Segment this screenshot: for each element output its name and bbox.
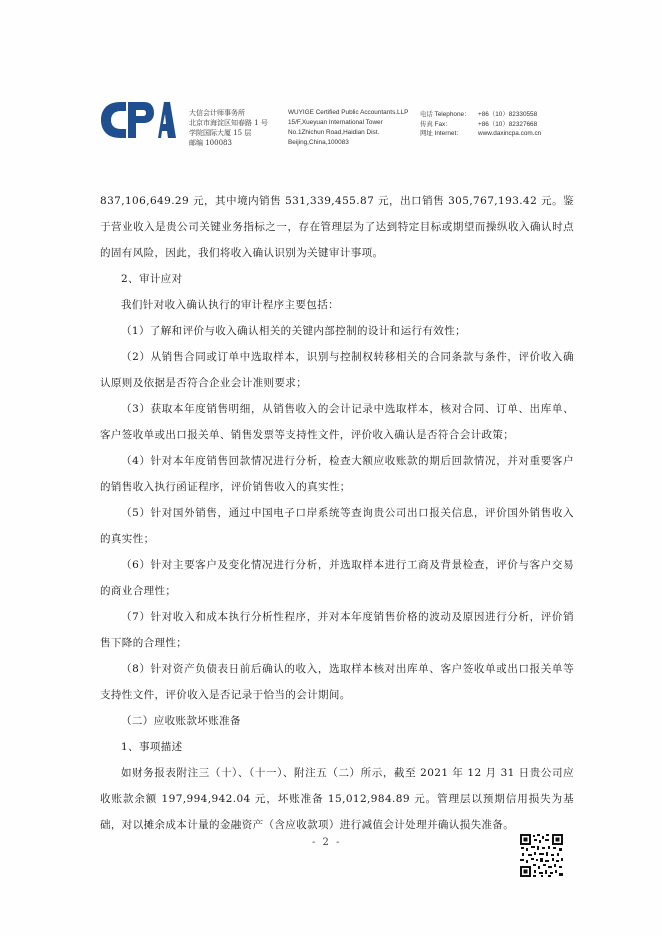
heading-matter-description: 1、事项描述 bbox=[100, 734, 574, 760]
procedure-item: （2）从销售合同或订单中选取样本，识别与控制权转移相关的合同条款与条件，评价收入… bbox=[100, 344, 574, 396]
internet-value[interactable]: www.daxincpa.com.cn bbox=[478, 129, 541, 139]
procedure-item: （7）针对收入和成本执行分析性程序，并对本年度销售价格的波动及原因进行分析，评价… bbox=[100, 604, 574, 656]
heading-audit-response: 2、审计应对 bbox=[100, 266, 574, 292]
address-cn-line1: 北京市海淀区知春路 1 号 bbox=[189, 118, 268, 128]
page-number: - 2 - bbox=[312, 837, 341, 848]
telephone-value: +86（10）82330558 bbox=[478, 110, 537, 120]
address-en-line2: No.1Zhichun Road,Haidian Dist. bbox=[288, 128, 408, 138]
internet-row: 网址 Internet： www.daxincpa.com.cn bbox=[420, 129, 541, 139]
procedure-item: （3）获取本年度销售明细，从销售收入的会计记录中选取样本，核对合同、订单、出库单… bbox=[100, 396, 574, 448]
firm-name-cn: 大信会计师事务所 bbox=[189, 108, 268, 118]
qr-code-icon bbox=[519, 833, 564, 878]
document-body: 837,106,649.29 元，其中境内销售 531,339,455.87 元… bbox=[100, 188, 574, 838]
letterhead: 大信会计师事务所 北京市海淀区知春路 1 号 学院国际大厦 15 层 邮编 10… bbox=[100, 100, 580, 160]
letterhead-contact: 电话 Telephone： +86（10）82330558 传真 Fax： +8… bbox=[420, 110, 541, 139]
telephone-row: 电话 Telephone： +86（10）82330558 bbox=[420, 110, 541, 120]
fax-value: +86（10）82327668 bbox=[478, 120, 537, 130]
letterhead-english: WUYIGE Certified Public Accountants.LLP … bbox=[288, 108, 408, 148]
fax-label: 传真 Fax： bbox=[420, 120, 478, 130]
internet-label: 网址 Internet： bbox=[420, 129, 478, 139]
postcode-cn: 邮编 100083 bbox=[189, 138, 268, 148]
firm-name-en: WUYIGE Certified Public Accountants.LLP bbox=[288, 108, 408, 118]
procedure-item: （5）针对国外销售，通过中国电子口岸系统等查询贵公司出口报关信息，评价国外销售收… bbox=[100, 500, 574, 552]
heading-bad-debt-provision: （二）应收账款坏账准备 bbox=[100, 708, 574, 734]
letterhead-chinese: 大信会计师事务所 北京市海淀区知春路 1 号 学院国际大厦 15 层 邮编 10… bbox=[189, 108, 268, 148]
telephone-label: 电话 Telephone： bbox=[420, 110, 478, 120]
procedures-intro: 我们针对收入确认执行的审计程序主要包括： bbox=[100, 292, 574, 318]
procedure-item: （8）针对资产负债表日前后确认的收入，选取样本核对出库单、客户签收单或出口报关单… bbox=[100, 656, 574, 708]
revenue-paragraph: 837,106,649.29 元，其中境内销售 531,339,455.87 元… bbox=[100, 188, 574, 266]
fax-row: 传真 Fax： +86（10）82327668 bbox=[420, 120, 541, 130]
receivables-paragraph: 如财务报表附注三（十）、（十一）、附注五（二）所示，截至 2021 年 12 月… bbox=[100, 760, 574, 838]
cpa-logo-icon bbox=[100, 100, 176, 140]
address-en-line3: Beijing,China,100083 bbox=[288, 138, 408, 148]
document-page: 大信会计师事务所 北京市海淀区知春路 1 号 学院国际大厦 15 层 邮编 10… bbox=[0, 0, 662, 936]
procedure-item: （4）针对本年度销售回款情况进行分析，检查大额应收账款的期后回款情况，并对重要客… bbox=[100, 448, 574, 500]
procedure-item: （6）针对主要客户及变化情况进行分析，并选取样本进行工商及背景检查，评价与客户交… bbox=[100, 552, 574, 604]
procedure-item: （1）了解和评价与收入确认相关的关键内部控制的设计和运行有效性； bbox=[100, 318, 574, 344]
address-en-line1: 15/F,Xueyuan International Tower bbox=[288, 118, 408, 128]
address-cn-line2: 学院国际大厦 15 层 bbox=[189, 128, 268, 138]
